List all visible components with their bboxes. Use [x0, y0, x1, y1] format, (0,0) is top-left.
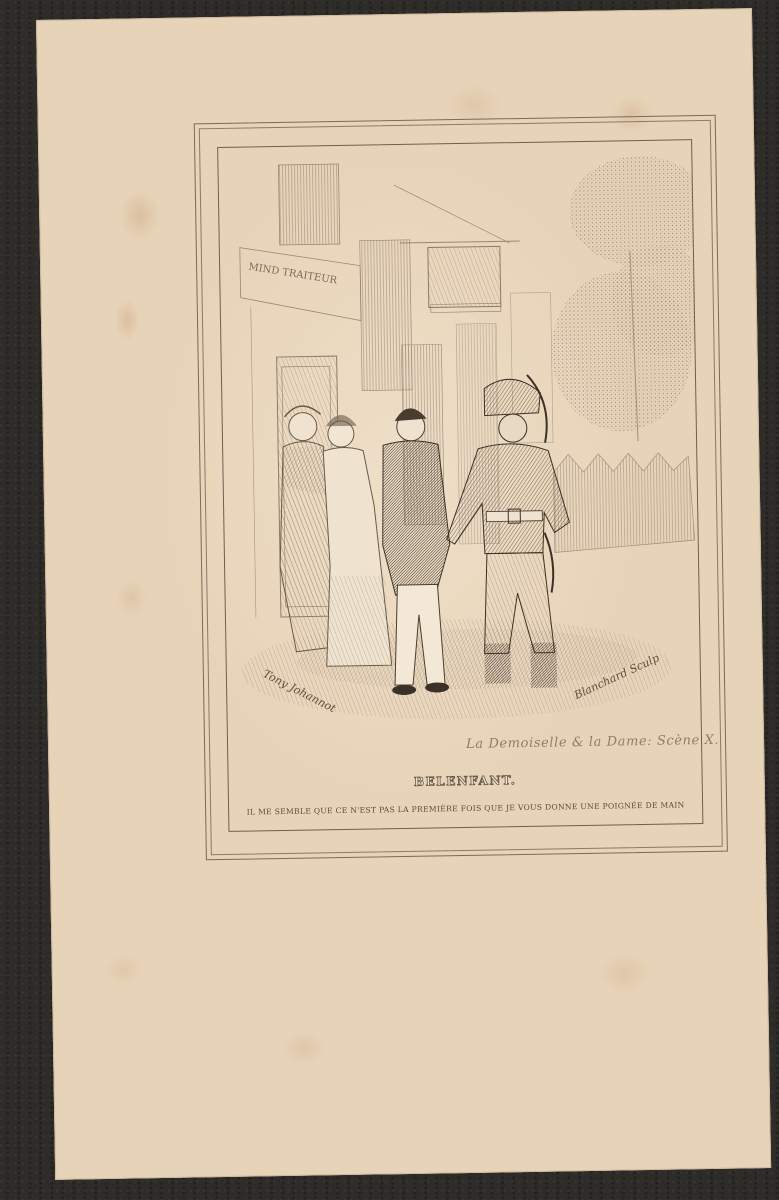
figure-young-woman	[323, 414, 392, 666]
plate-frame-inner: MIND TRAITEUR	[217, 139, 703, 832]
trees	[548, 155, 701, 443]
print-caption: IL ME SEMBLE QUE CE N'EST PAS LA PREMIÈR…	[235, 800, 696, 817]
shop-sign-text: MIND TRAITEUR	[248, 262, 339, 287]
paper-sheet: MIND TRAITEUR	[36, 8, 771, 1180]
engraving-illustration: MIND TRAITEUR	[218, 140, 701, 748]
fence	[553, 452, 695, 552]
print-title: BELENFANT.	[229, 770, 702, 792]
